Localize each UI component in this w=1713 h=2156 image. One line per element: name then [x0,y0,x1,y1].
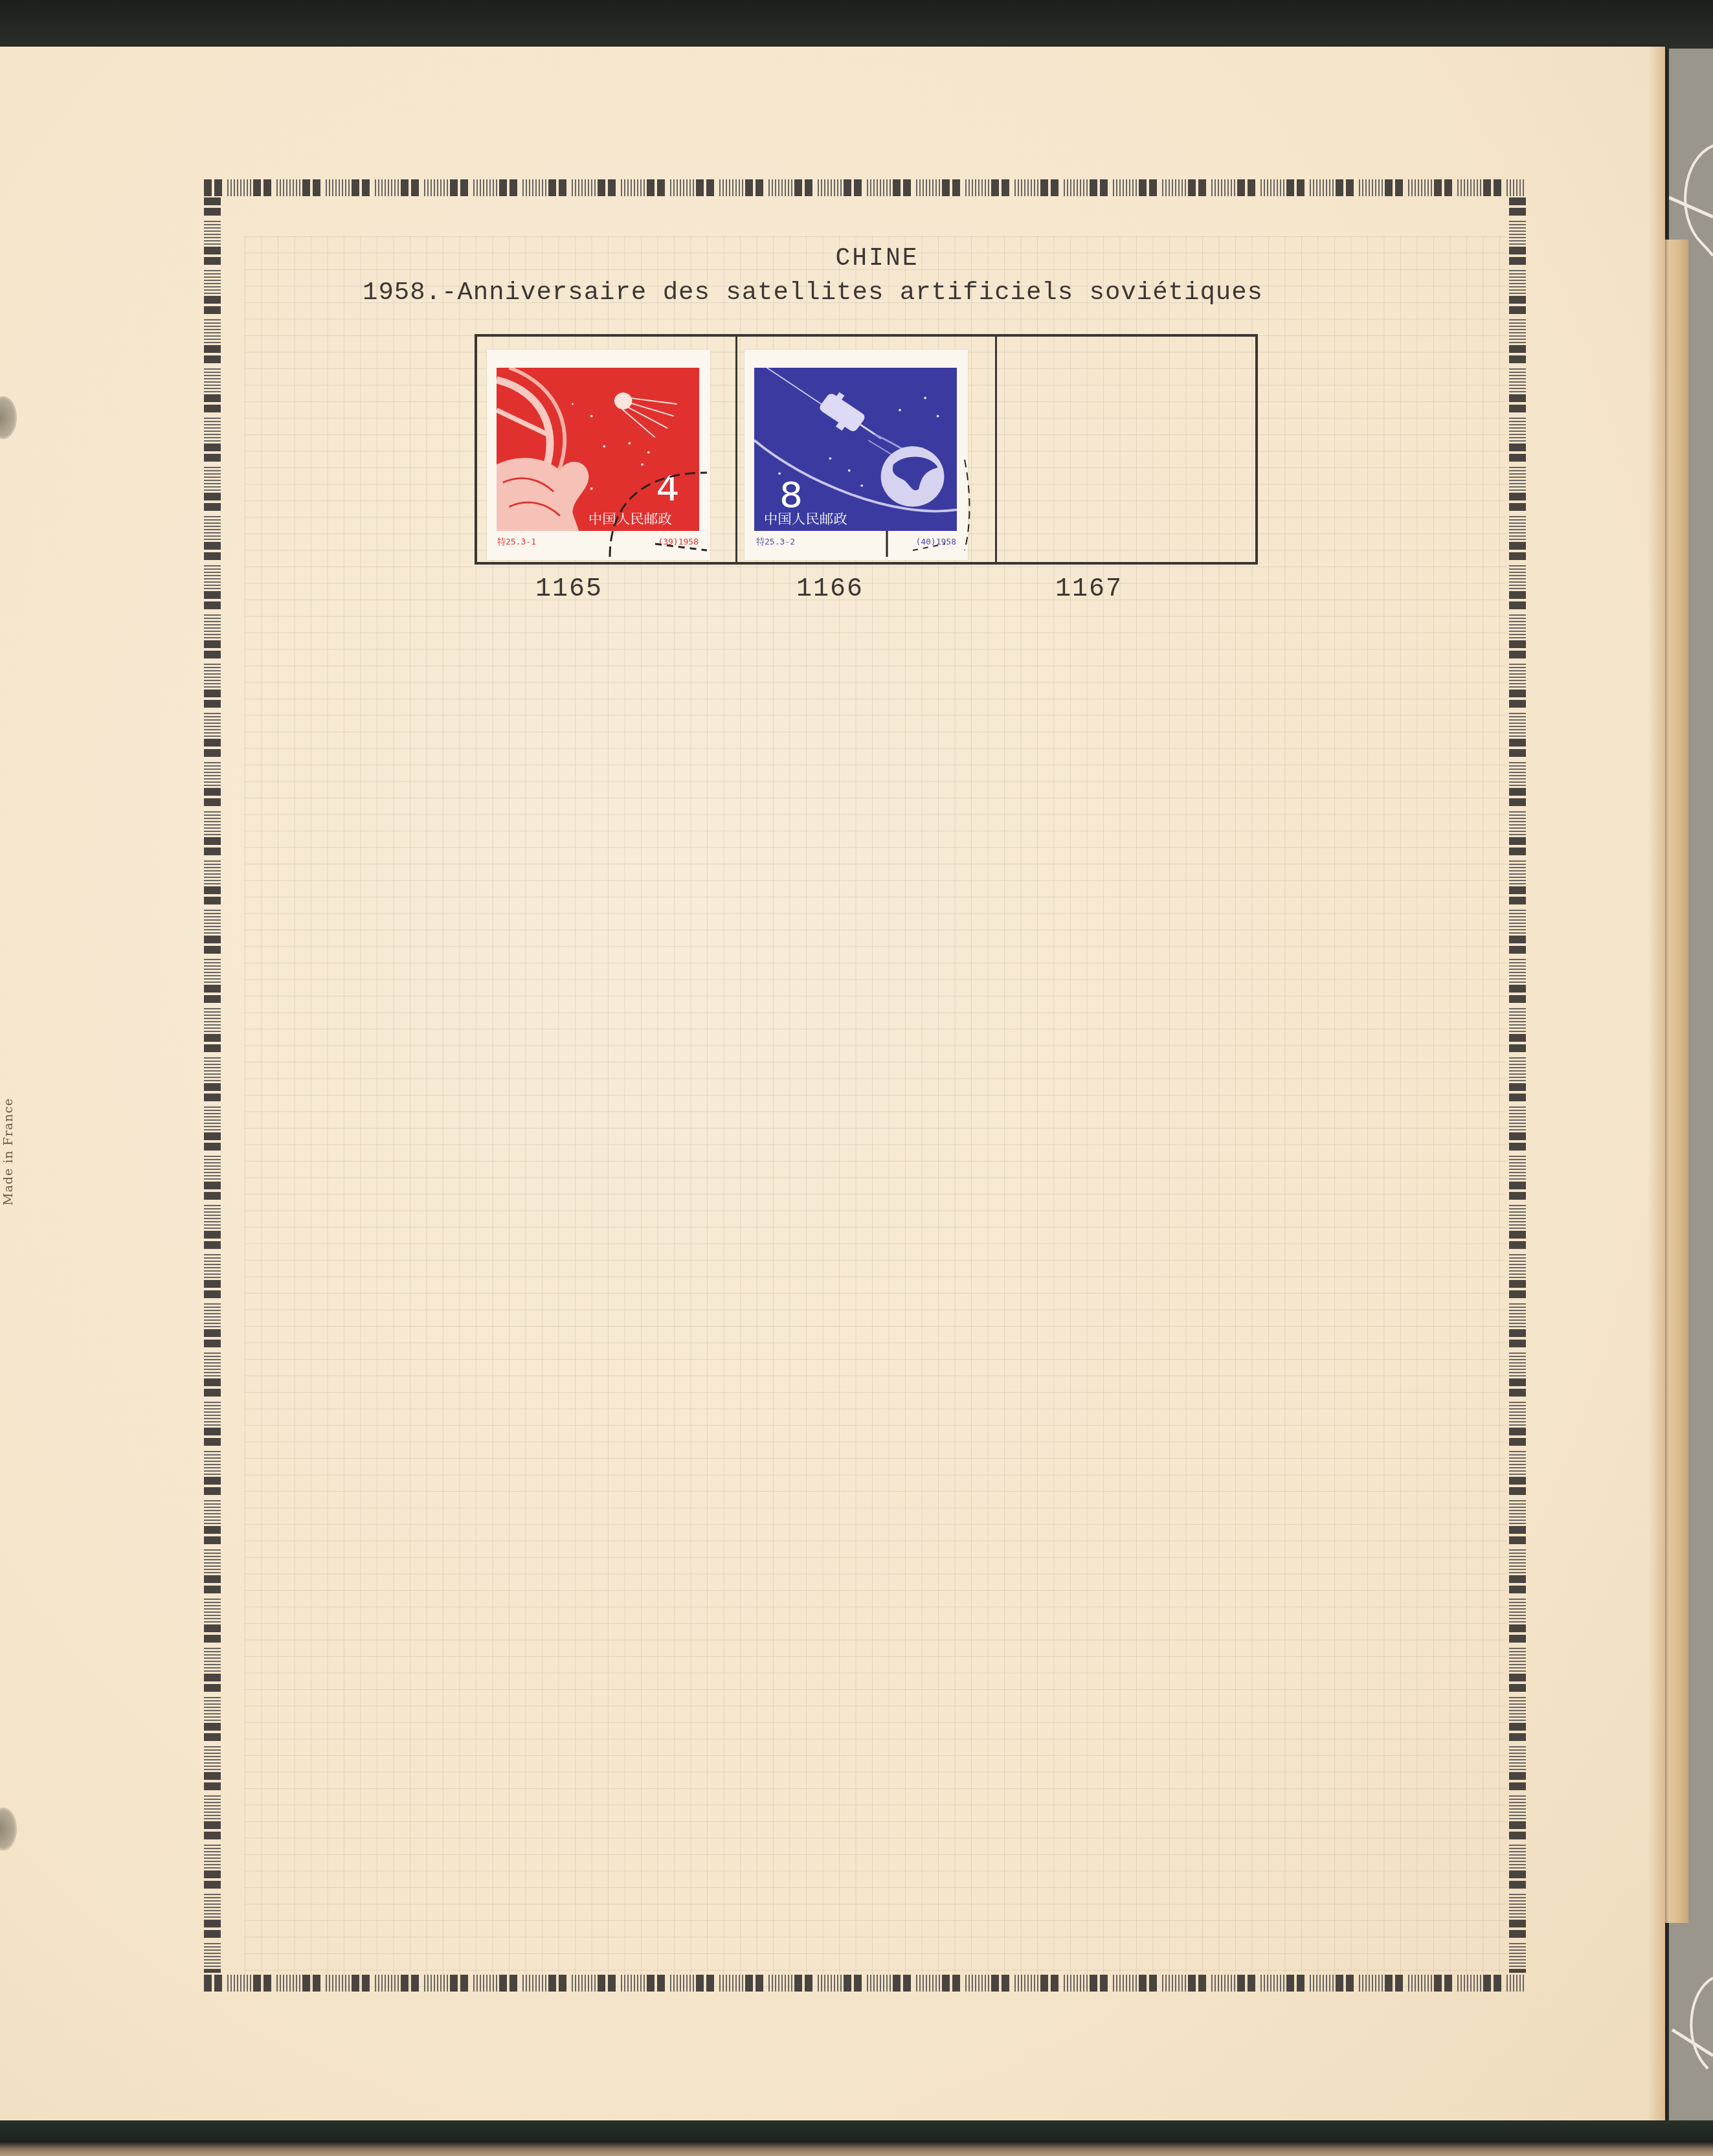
frame-border-top [204,179,1526,196]
stamp-slot-1167[interactable] [997,337,1255,562]
postmark [874,453,971,557]
stamp-1166[interactable]: 8 中国人民邮政 特25.3-2 (40)1958 [745,350,968,560]
postmark [603,460,713,557]
punch-hole [0,396,17,439]
country-heading: CHINE [748,245,1007,273]
catalog-number: 1166 [796,575,864,604]
stamp-series-code: 特25.3-2 [756,535,795,547]
svg-text:中国人民邮政: 中国人民邮政 [764,511,847,526]
margin-imprint: Made in France [1,1098,16,1206]
tabbed-sheet-edge [1663,240,1688,1923]
frame-border-right [1509,197,1526,1973]
svg-text:8: 8 [779,475,803,515]
issue-title: 1958.-Anniversaire des satellites artifi… [363,278,1502,307]
catalog-number: 1165 [535,575,603,604]
frame-border-bottom [204,1975,1526,1992]
stamp-1165[interactable]: 4 中国人民邮政 特25.3-1 (39)1958 [487,350,710,560]
stamp-series-code: 特25.3-1 [497,535,536,547]
catalog-number: 1167 [1055,575,1123,604]
punch-hole [0,1808,17,1850]
album-cover-top [0,0,1713,49]
album-cover-bottom [0,2120,1713,2156]
frame-border-left [204,197,221,1973]
